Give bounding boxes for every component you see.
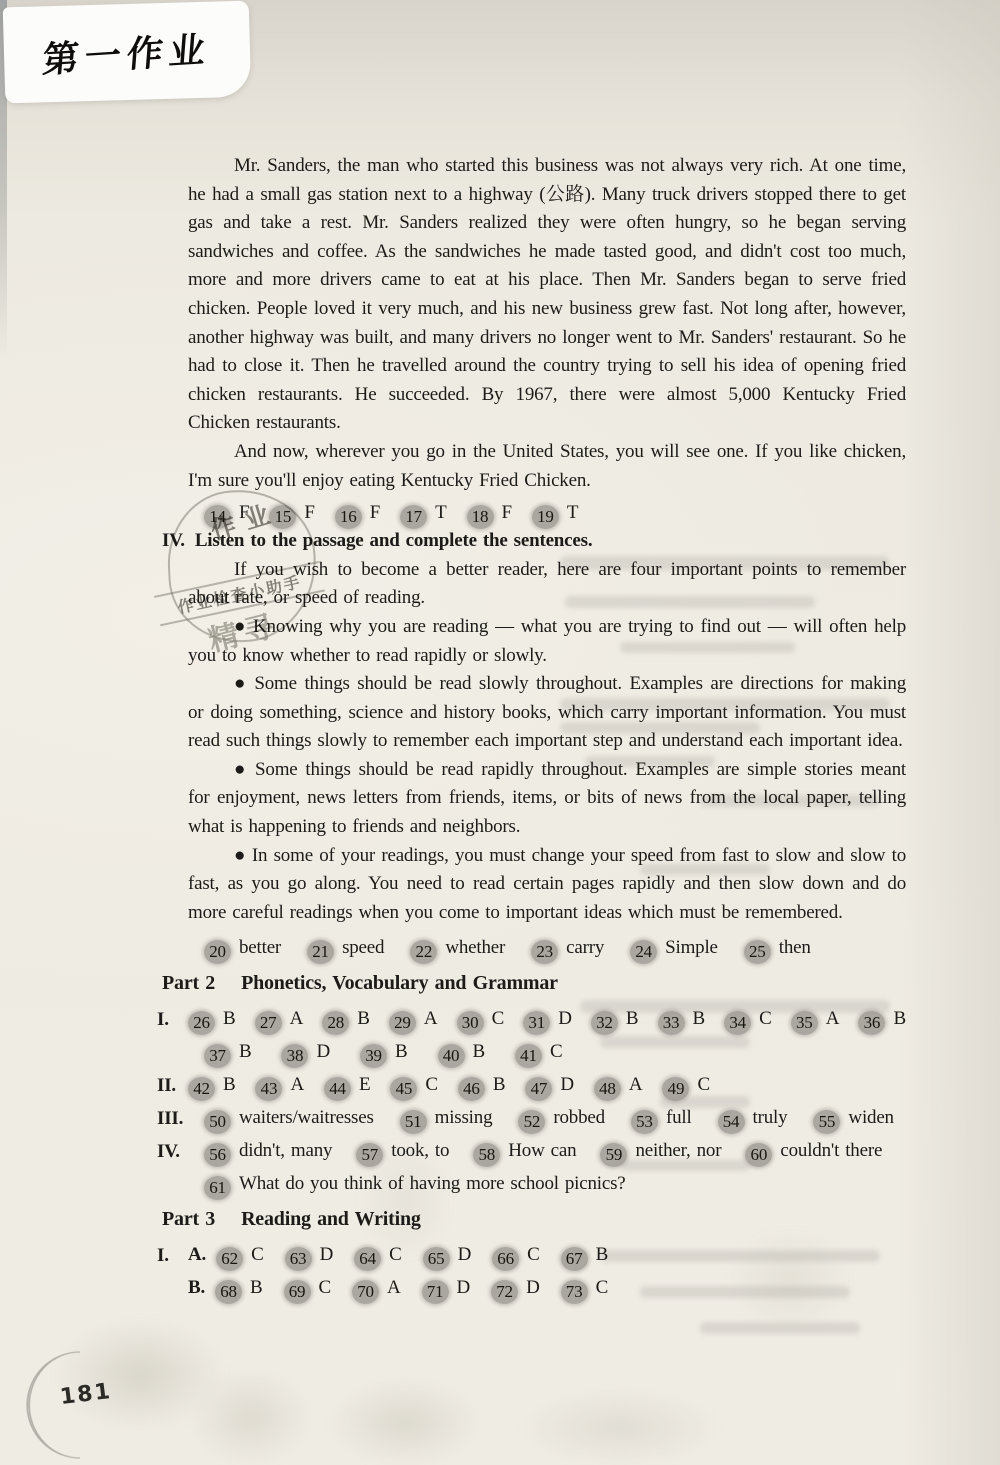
- answer-value: speed: [342, 934, 384, 961]
- answer-value: B: [473, 1038, 485, 1065]
- answer-value: B: [596, 1241, 608, 1268]
- answer-number-chip: 63: [285, 1247, 312, 1271]
- chapter-logo-band: 第一作业: [3, 1, 252, 104]
- answers-row-20-25: 20better21speed22whether23carry24Simple2…: [204, 934, 906, 961]
- sub-label-b: B.: [188, 1274, 205, 1301]
- part2-row-IV-2: 61What do you think of having more schoo…: [188, 1170, 906, 1197]
- answer-item: 55widen: [813, 1104, 893, 1131]
- bullet-paragraph: ● Knowing why you are reading — what you…: [188, 613, 906, 670]
- answer-value: D: [458, 1241, 472, 1268]
- answer-item: 56didn't, many: [204, 1137, 332, 1164]
- answer-value: D: [316, 1038, 330, 1065]
- part3-row-B: B.68B69C70A71D72D73C: [188, 1274, 906, 1301]
- answers-row-14-19: 14F15F16F17T18F19T: [204, 499, 906, 526]
- answer-number-chip: 45: [390, 1077, 417, 1101]
- answer-number-chip: 32: [591, 1011, 618, 1035]
- answer-item: 14F: [204, 499, 249, 526]
- answer-item: 25then: [744, 934, 811, 961]
- answer-item: 67B: [561, 1241, 608, 1268]
- answer-number-chip: 31: [523, 1011, 550, 1035]
- answer-value: B: [493, 1071, 505, 1098]
- answer-number-chip: 53: [631, 1110, 658, 1134]
- answer-number-chip: 46: [458, 1077, 485, 1101]
- answer-item: 38D: [281, 1038, 330, 1065]
- answer-number-chip: 47: [525, 1077, 552, 1101]
- answer-number-chip: 43: [255, 1077, 282, 1101]
- answer-number-chip: 14: [204, 505, 231, 529]
- answer-value: C: [527, 1241, 539, 1268]
- answer-item: 49C: [662, 1071, 709, 1098]
- answer-item: 57took, to: [356, 1137, 449, 1164]
- answer-item: 39B: [360, 1038, 407, 1065]
- answer-item: 72D: [491, 1274, 540, 1301]
- answer-item: 26B: [188, 1005, 235, 1032]
- answer-item: 23carry: [531, 934, 604, 961]
- answer-number-chip: 59: [600, 1143, 627, 1167]
- answer-number-chip: 64: [354, 1247, 381, 1271]
- part2-row-I-2: 37B38D39B40B41C: [188, 1038, 906, 1065]
- passage-paragraph: Mr. Sanders, the man who started this bu…: [188, 152, 906, 438]
- bullet-paragraph: ● Some things should be read slowly thro…: [188, 670, 906, 756]
- answer-number-chip: 17: [400, 505, 427, 529]
- answer-item: 45C: [390, 1071, 437, 1098]
- answer-number-chip: 16: [335, 505, 362, 529]
- chapter-logo-text: 第一作业: [41, 21, 213, 83]
- answer-item: 63D: [285, 1241, 334, 1268]
- answer-value: A: [826, 1005, 840, 1032]
- answer-item: 61What do you think of having more schoo…: [204, 1170, 626, 1197]
- roman-numeral: I.: [157, 1006, 169, 1033]
- answer-item: 41C: [515, 1038, 562, 1065]
- answer-item: 64C: [354, 1241, 401, 1268]
- floral-watermark: [330, 1380, 480, 1465]
- answer-number-chip: 66: [492, 1247, 519, 1271]
- answer-item: 32B: [591, 1005, 638, 1032]
- answer-number-chip: 20: [204, 940, 231, 964]
- answer-item: 71D: [422, 1274, 471, 1301]
- answer-value: missing: [435, 1104, 493, 1131]
- answer-number-chip: 51: [400, 1110, 427, 1134]
- answer-item: 52robbed: [518, 1104, 605, 1131]
- part3-row-A: I. A.62C63D64C65D66C67B: [188, 1241, 906, 1268]
- answer-number-chip: 37: [204, 1044, 231, 1068]
- answer-item: 53full: [631, 1104, 692, 1131]
- answer-number-chip: 48: [594, 1077, 621, 1101]
- answer-item: 40B: [438, 1038, 485, 1065]
- answer-value: E: [359, 1071, 370, 1098]
- answer-number-chip: 62: [216, 1247, 243, 1271]
- answer-number-chip: 67: [561, 1247, 588, 1271]
- answer-items: 26B27A28B29A30C31D32B33B34C35A36B: [188, 1005, 906, 1032]
- answer-items: 56didn't, many57took, to58How can59neith…: [204, 1137, 882, 1164]
- answer-items: 37B38D39B40B41C: [204, 1038, 562, 1065]
- answer-item: 50waiters/waitresses: [204, 1104, 374, 1131]
- answer-item: 16F: [335, 499, 380, 526]
- answer-number-chip: 42: [188, 1077, 215, 1101]
- answer-value: C: [389, 1241, 401, 1268]
- answer-number-chip: 58: [473, 1143, 500, 1167]
- answer-item: 58How can: [473, 1137, 576, 1164]
- answer-value: B: [395, 1038, 407, 1065]
- answer-items: 20better21speed22whether23carry24Simple2…: [204, 934, 811, 961]
- answer-value: B: [626, 1005, 638, 1032]
- answer-number-chip: 38: [281, 1044, 308, 1068]
- part2-row-III: III. 50waiters/waitresses51missing52robb…: [188, 1104, 906, 1131]
- answer-number-chip: 68: [215, 1280, 242, 1304]
- answer-value: What do you think of having more school …: [239, 1170, 626, 1197]
- answer-number-chip: 33: [658, 1011, 685, 1035]
- answer-number-chip: 57: [356, 1143, 383, 1167]
- answer-number-chip: 49: [662, 1077, 689, 1101]
- answer-value: F: [502, 499, 512, 526]
- answer-item: 24Simple: [630, 934, 718, 961]
- answer-item: 43A: [255, 1071, 304, 1098]
- bleed-through-mark: [700, 1322, 860, 1334]
- answer-item: 36B: [858, 1005, 905, 1032]
- answer-item: 65D: [423, 1241, 472, 1268]
- answer-item: 29A: [389, 1005, 438, 1032]
- scanned-workbook-page: 第一作业 Mr. Sanders, the man who started th…: [0, 0, 1000, 1465]
- answer-number-chip: 21: [307, 940, 334, 964]
- answer-value: A: [290, 1071, 304, 1098]
- answer-item: 20better: [204, 934, 281, 961]
- answer-number-chip: 71: [422, 1280, 449, 1304]
- answer-number-chip: 29: [389, 1011, 416, 1035]
- answer-value: better: [239, 934, 281, 961]
- answer-number-chip: 18: [467, 505, 494, 529]
- answer-number-chip: 65: [423, 1247, 450, 1271]
- part2-row-I-1: I. 26B27A28B29A30C31D32B33B34C35A36B: [188, 1005, 906, 1032]
- answer-value: truly: [753, 1104, 788, 1131]
- answer-value: widen: [848, 1104, 893, 1131]
- answer-value: B: [357, 1005, 369, 1032]
- answer-value: B: [250, 1274, 262, 1301]
- answer-item: 47D: [525, 1071, 574, 1098]
- answer-number-chip: 40: [438, 1044, 465, 1068]
- answer-value: B: [223, 1071, 235, 1098]
- answer-number-chip: 50: [204, 1110, 231, 1134]
- answer-value: A: [424, 1005, 438, 1032]
- answer-value: C: [697, 1071, 709, 1098]
- part2-row-IV-1: IV. 56didn't, many57took, to58How can59n…: [188, 1137, 906, 1164]
- part3-heading: Part 3Reading and Writing: [162, 1205, 906, 1233]
- part2-heading: Part 2Phonetics, Vocabulary and Grammar: [162, 969, 906, 997]
- page-number-area: 181: [14, 1348, 134, 1465]
- answer-number-chip: 41: [515, 1044, 542, 1068]
- answer-value: D: [558, 1005, 572, 1032]
- answer-number-chip: 70: [352, 1280, 379, 1304]
- page-content: Mr. Sanders, the man who started this bu…: [188, 152, 906, 1307]
- answer-value: D: [560, 1071, 574, 1098]
- answer-value: neither, nor: [635, 1137, 721, 1164]
- roman-numeral: II.: [157, 1072, 176, 1099]
- answer-item: 54truly: [718, 1104, 788, 1131]
- section-iv-heading: IV.Listen to the passage and complete th…: [162, 527, 906, 556]
- answer-value: T: [435, 499, 446, 526]
- answer-item: 28B: [322, 1005, 369, 1032]
- answer-value: then: [779, 934, 811, 961]
- answer-item: 69C: [284, 1274, 331, 1301]
- floral-watermark: [520, 1390, 720, 1465]
- answer-value: didn't, many: [239, 1137, 332, 1164]
- answer-value: B: [693, 1005, 705, 1032]
- answer-item: 73C: [561, 1274, 608, 1301]
- answer-value: Simple: [665, 934, 718, 961]
- roman-numeral: I.: [157, 1242, 169, 1269]
- answer-item: 60couldn't there: [745, 1137, 882, 1164]
- answer-items: 61What do you think of having more schoo…: [204, 1170, 626, 1197]
- answer-number-chip: 34: [724, 1011, 751, 1035]
- answer-item: 21speed: [307, 934, 384, 961]
- answer-number-chip: 69: [284, 1280, 311, 1304]
- answer-number-chip: 55: [813, 1110, 840, 1134]
- answer-value: A: [290, 1005, 304, 1032]
- answer-item: 59neither, nor: [600, 1137, 721, 1164]
- section-title: Listen to the passage and complete the s…: [195, 530, 593, 551]
- answer-number-chip: 60: [745, 1143, 772, 1167]
- answer-item: 37B: [204, 1038, 251, 1065]
- answer-items: 50waiters/waitresses51missing52robbed53f…: [204, 1104, 894, 1131]
- answer-value: A: [629, 1071, 643, 1098]
- answer-value: full: [666, 1104, 692, 1131]
- part3-title: Reading and Writing: [241, 1208, 421, 1230]
- part2-title: Phonetics, Vocabulary and Grammar: [241, 972, 558, 994]
- answer-value: B: [239, 1038, 251, 1065]
- answer-number-chip: 24: [630, 940, 657, 964]
- answer-number-chip: 19: [532, 505, 559, 529]
- answer-value: C: [492, 1005, 504, 1032]
- answer-number-chip: 28: [322, 1011, 349, 1035]
- bullet-paragraph: ● In some of your readings, you must cha…: [188, 842, 906, 928]
- answer-value: F: [370, 499, 380, 526]
- answer-value: whether: [445, 934, 505, 961]
- answer-number-chip: 15: [269, 505, 296, 529]
- answer-number-chip: 30: [457, 1011, 484, 1035]
- answer-value: took, to: [391, 1137, 449, 1164]
- answer-value: couldn't there: [780, 1137, 882, 1164]
- part2-row-II: II. 42B43A44E45C46B47D48A49C: [188, 1071, 906, 1098]
- answer-number-chip: 56: [204, 1143, 231, 1167]
- answer-item: 17T: [400, 499, 446, 526]
- answer-number-chip: 35: [791, 1011, 818, 1035]
- answer-item: 34C: [724, 1005, 771, 1032]
- answer-item: 30C: [457, 1005, 504, 1032]
- answer-item: 70A: [352, 1274, 401, 1301]
- answer-value: C: [319, 1274, 331, 1301]
- answer-value: C: [251, 1241, 263, 1268]
- answer-value: carry: [566, 934, 604, 961]
- floral-watermark: [190, 1370, 310, 1465]
- answer-item: 51missing: [400, 1104, 493, 1131]
- answer-items: 14F15F16F17T18F19T: [204, 499, 578, 526]
- answer-number-chip: 54: [718, 1110, 745, 1134]
- answer-number-chip: 36: [858, 1011, 885, 1035]
- answer-items: 62C63D64C65D66C67B: [216, 1241, 608, 1268]
- answer-item: 27A: [255, 1005, 304, 1032]
- answer-item: 48A: [594, 1071, 643, 1098]
- answer-item: 22whether: [410, 934, 505, 961]
- section-label: IV.: [162, 530, 185, 551]
- passage-paragraph: And now, wherever you go in the United S…: [188, 438, 906, 495]
- answer-item: 33B: [658, 1005, 705, 1032]
- answer-number-chip: 26: [188, 1011, 215, 1035]
- answer-item: 62C: [216, 1241, 263, 1268]
- answer-value: D: [526, 1274, 540, 1301]
- answer-value: How can: [508, 1137, 576, 1164]
- answer-number-chip: 72: [491, 1280, 518, 1304]
- part3-label: Part 3: [162, 1208, 215, 1230]
- answer-item: 66C: [492, 1241, 539, 1268]
- answer-item: 44E: [324, 1071, 370, 1098]
- answer-number-chip: 22: [410, 940, 437, 964]
- listening-intro: If you wish to become a better reader, h…: [188, 556, 906, 613]
- answer-value: D: [457, 1274, 471, 1301]
- answer-value: T: [567, 499, 578, 526]
- answer-items: 68B69C70A71D72D73C: [215, 1274, 608, 1301]
- answer-number-chip: 25: [744, 940, 771, 964]
- answer-item: 18F: [467, 499, 512, 526]
- answer-item: 46B: [458, 1071, 505, 1098]
- answer-value: C: [425, 1071, 437, 1098]
- roman-numeral: III.: [157, 1105, 183, 1132]
- answer-item: 42B: [188, 1071, 235, 1098]
- answer-number-chip: 44: [324, 1077, 351, 1101]
- answer-number-chip: 61: [204, 1176, 231, 1200]
- answer-item: 68B: [215, 1274, 262, 1301]
- answer-value: B: [893, 1005, 905, 1032]
- answer-item: 19T: [532, 499, 578, 526]
- answer-value: F: [239, 499, 249, 526]
- answer-item: 31D: [523, 1005, 572, 1032]
- answer-value: D: [320, 1241, 334, 1268]
- answer-value: F: [304, 499, 314, 526]
- answer-value: waiters/waitresses: [239, 1104, 374, 1131]
- answer-number-chip: 27: [255, 1011, 282, 1035]
- answer-number-chip: 52: [518, 1110, 545, 1134]
- bullet-paragraph: ● Some things should be read rapidly thr…: [188, 756, 906, 842]
- answer-number-chip: 23: [531, 940, 558, 964]
- answer-number-chip: 73: [561, 1280, 588, 1304]
- answer-value: A: [387, 1274, 401, 1301]
- roman-numeral: IV.: [157, 1138, 180, 1165]
- answer-number-chip: 39: [360, 1044, 387, 1068]
- answer-item: 15F: [269, 499, 314, 526]
- answer-item: 35A: [791, 1005, 840, 1032]
- answer-items: 42B43A44E45C46B47D48A49C: [188, 1071, 710, 1098]
- sub-label-a: A.: [188, 1241, 206, 1268]
- part2-label: Part 2: [162, 972, 215, 994]
- answer-value: B: [223, 1005, 235, 1032]
- answer-value: C: [596, 1274, 608, 1301]
- answer-value: robbed: [553, 1104, 605, 1131]
- answer-value: C: [759, 1005, 771, 1032]
- answer-value: C: [550, 1038, 562, 1065]
